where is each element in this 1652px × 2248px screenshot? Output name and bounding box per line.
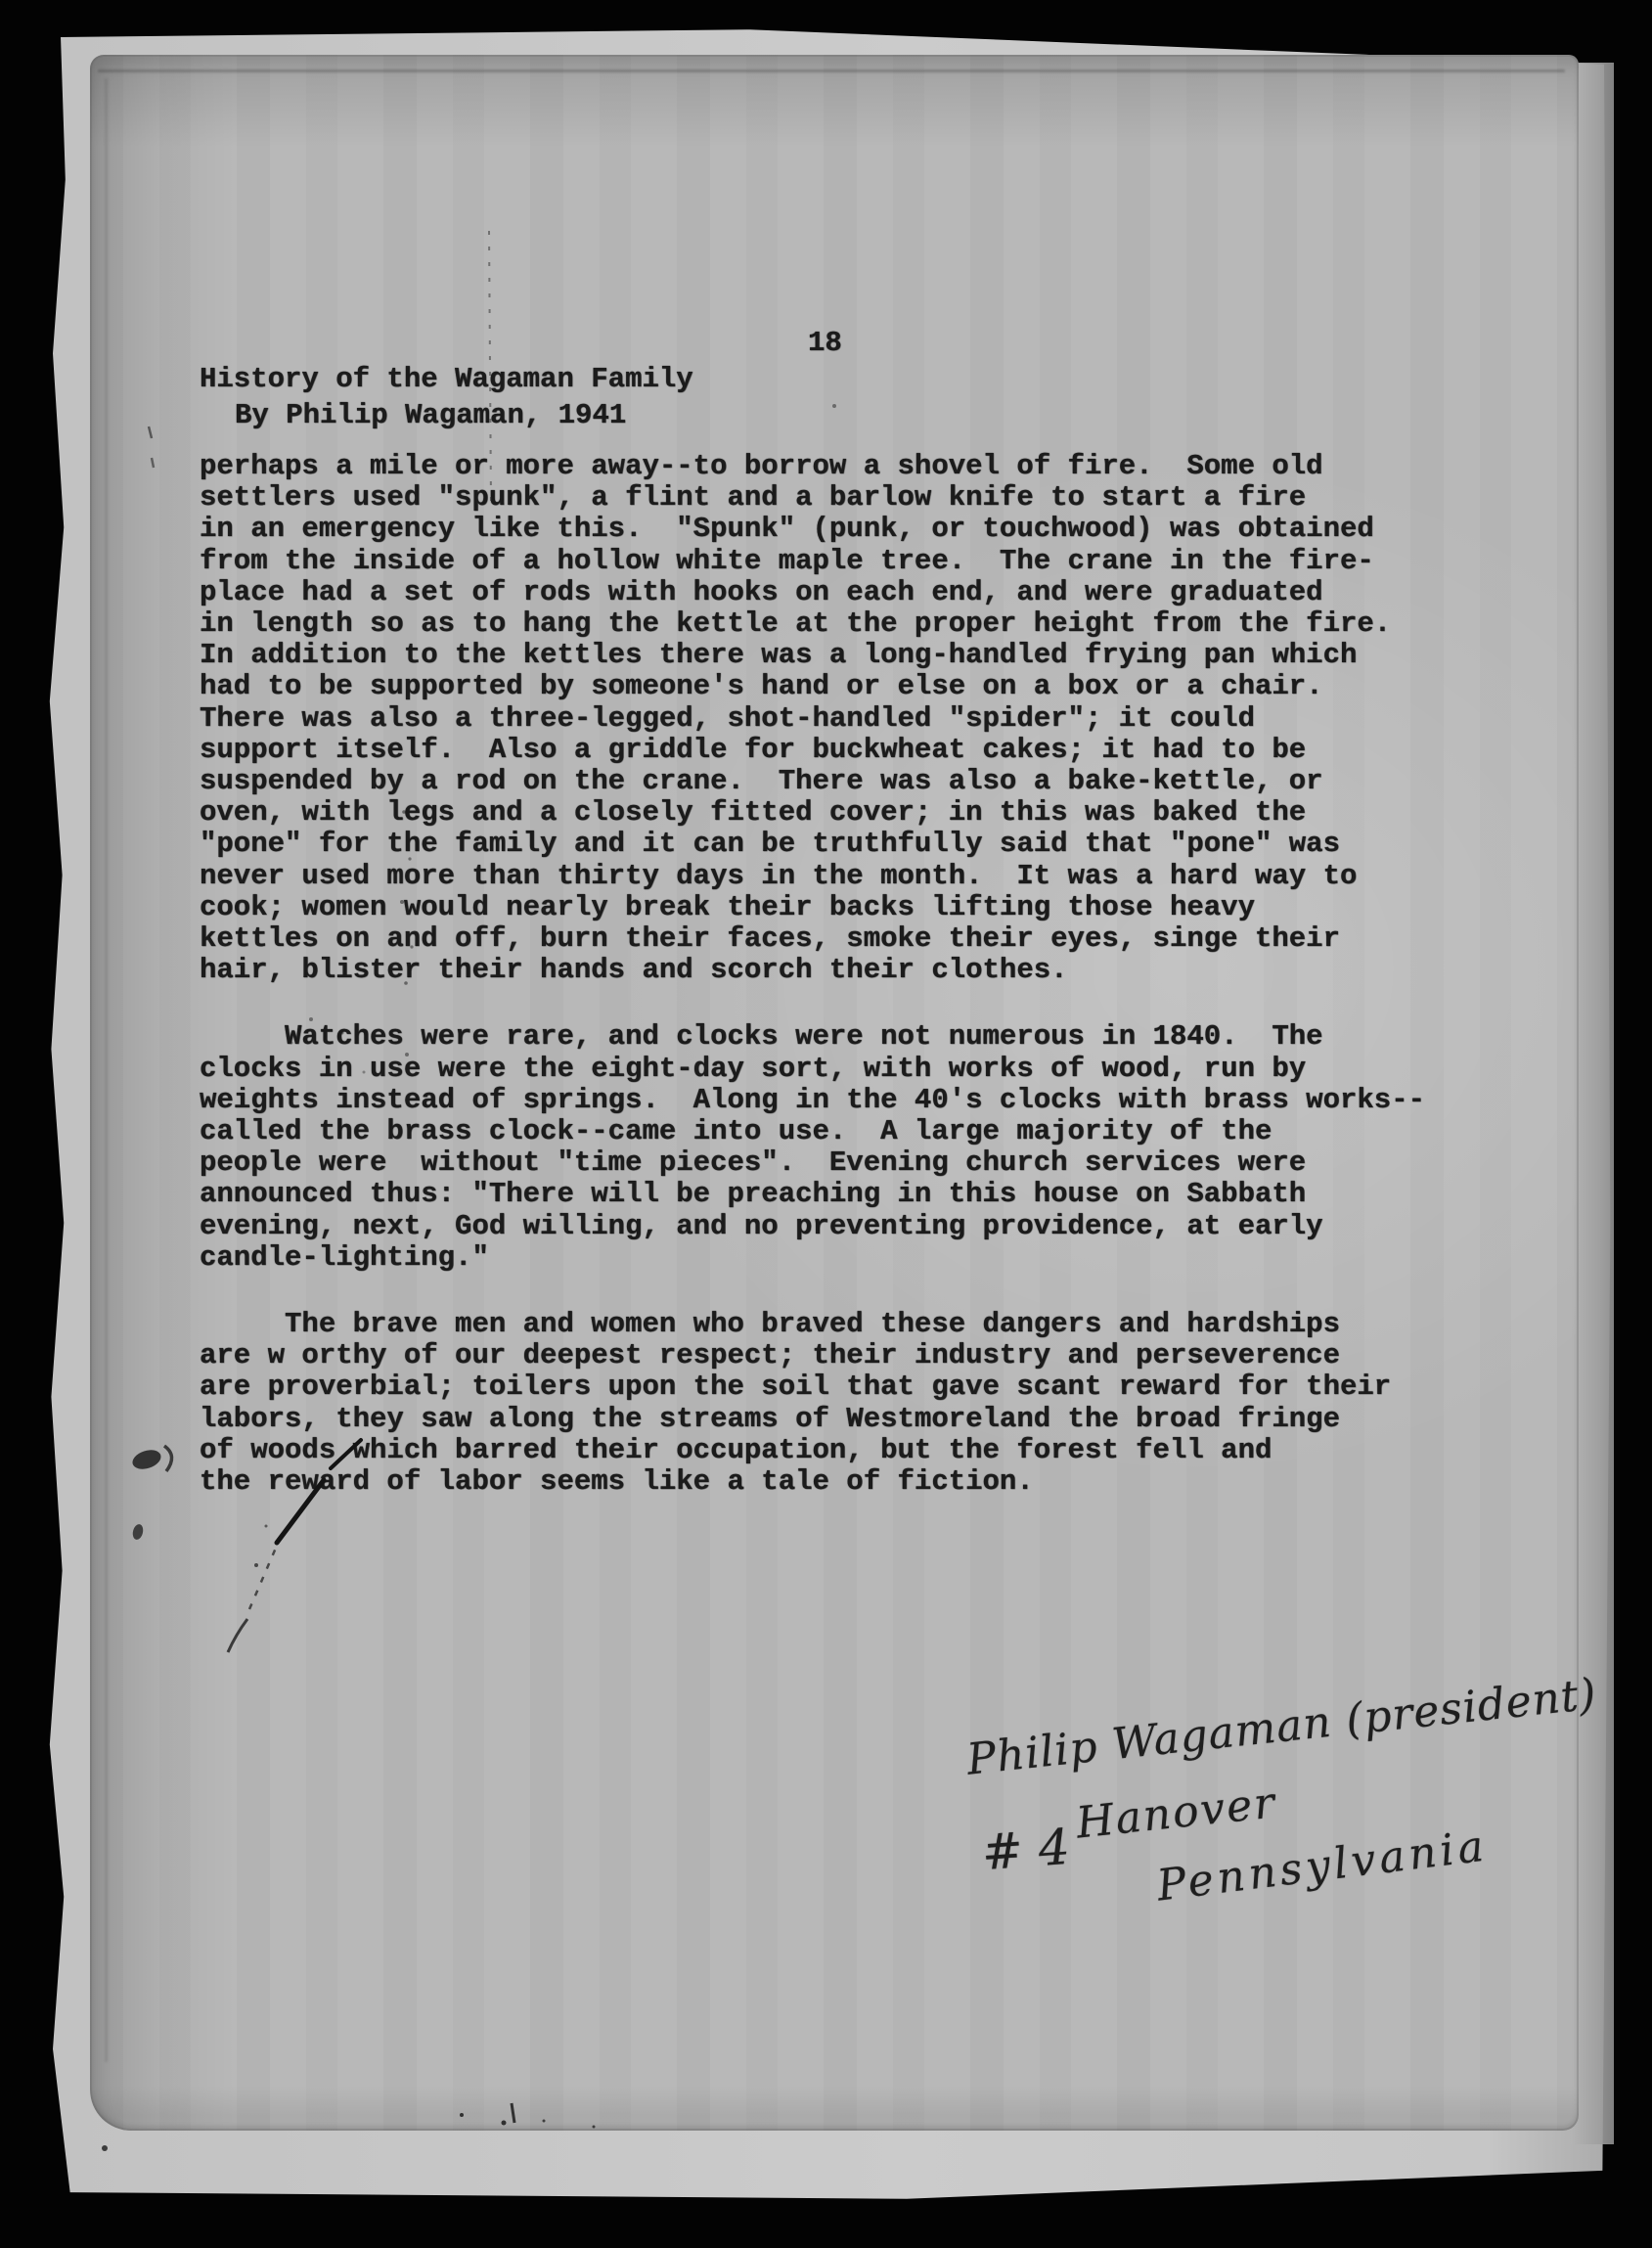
paragraph-3: The brave men and women who braved these…: [200, 1309, 1500, 1498]
page-number: 18: [808, 325, 1500, 361]
document-title: History of the Wagaman Family: [200, 361, 1500, 397]
document-page: 18 History of the Wagaman Family By Phil…: [90, 55, 1579, 2131]
handwritten-name: Philip Wagaman (president): [964, 1669, 1599, 1784]
handwritten-city: Hanover: [1074, 1777, 1279, 1848]
paragraph-2: Watches were rare, and clocks were not n…: [200, 1021, 1500, 1274]
scanned-document: 18 History of the Wagaman Family By Phil…: [0, 0, 1652, 2248]
typed-text-block: 18 History of the Wagaman Family By Phil…: [200, 325, 1500, 1498]
paragraph-1: perhaps a mile or more away--to borrow a…: [200, 451, 1500, 986]
document-byline: By Philip Wagaman, 1941: [235, 397, 1500, 433]
handwritten-number: # 4: [980, 1819, 1071, 1881]
